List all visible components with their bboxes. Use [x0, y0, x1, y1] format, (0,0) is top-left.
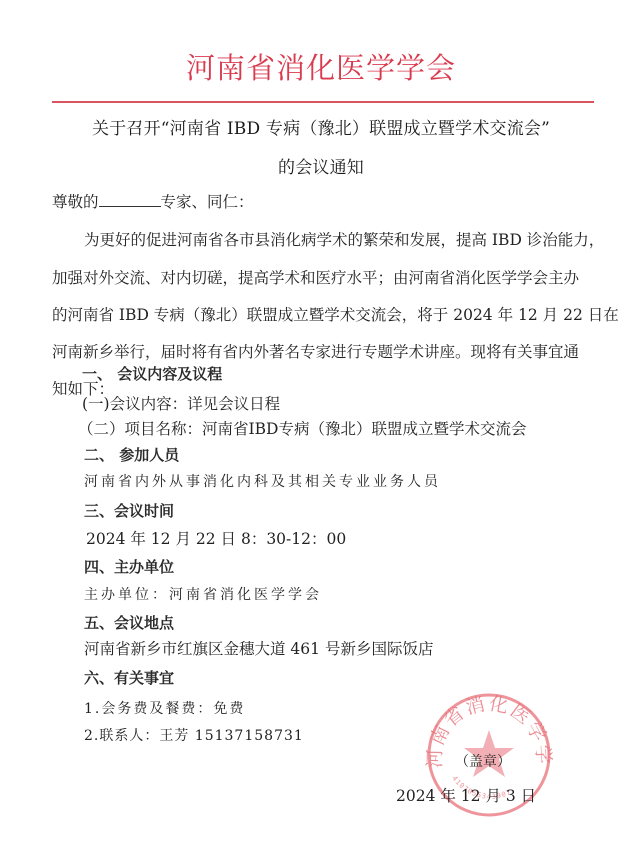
section-heading-attendees: 二、 参加人员: [84, 444, 179, 466]
salutation-blank: [99, 190, 161, 207]
seal-label: （盖章）: [455, 752, 511, 772]
intro-line: 加强对外交流、对内切磋，提高学术和医疗水平；由河南省消化医学学会主办: [52, 267, 579, 289]
section-heading-time: 三、会议时间: [84, 500, 174, 522]
section-item: 河南省内外从事消化内科及其相关专业业务人员: [84, 471, 441, 493]
section-heading-venue: 五、会议地点: [84, 612, 174, 634]
section-item: (一)会议内容：详见会议日程: [82, 393, 280, 415]
intro-line: 的河南省 IBD 专病（豫北）联盟成立暨学术交流会，将于 2024 年 12 月…: [52, 304, 619, 326]
signature-date: 2024 年 12 月 3 日: [396, 785, 536, 807]
section-item: 2024 年 12 月 22 日 8：30-12：00: [86, 528, 346, 550]
section-heading-notes: 六、有关事宜: [84, 667, 174, 689]
letterhead-divider: [52, 101, 594, 103]
intro-line: 河南新乡举行，届时将有省内外著名专家进行专题学术讲座。现将有关事宜通: [52, 341, 579, 363]
notice-document: 河南省消化医学学会 关于召开“河南省 IBD 专病（豫北）联盟成立暨学术交流会”…: [0, 0, 642, 858]
section-heading-agenda: 一、 会议内容及议程: [82, 363, 222, 385]
section-item: 主办单位：河南省消化医学学会: [84, 584, 322, 606]
salutation-suffix: 专家、同仁：: [161, 193, 254, 211]
notice-title-line1: 关于召开“河南省 IBD 专病（豫北）联盟成立暨学术交流会”: [0, 118, 642, 140]
section-item-contact: 2.联系人：王芳 15137158731: [84, 725, 304, 747]
intro-line: 为更好的促进河南省各市县消化病学术的繁荣和发展，提高 IBD 诊治能力，: [84, 229, 604, 251]
section-item-fee: 1.会务费及餐费：免费: [84, 698, 245, 720]
section-item: 河南省新乡市红旗区金穗大道 461 号新乡国际饭店: [84, 638, 433, 660]
org-letterhead: 河南省消化医学学会: [0, 48, 642, 88]
salutation-prefix: 尊敬的: [52, 193, 99, 211]
salutation: 尊敬的专家、同仁：: [52, 190, 254, 213]
section-heading-organizer: 四、主办单位: [84, 556, 174, 578]
section-item: （二）项目名称：河南省IBD专病（豫北）联盟成立暨学术交流会: [78, 418, 526, 440]
notice-title-line2: 的会议通知: [0, 157, 642, 179]
